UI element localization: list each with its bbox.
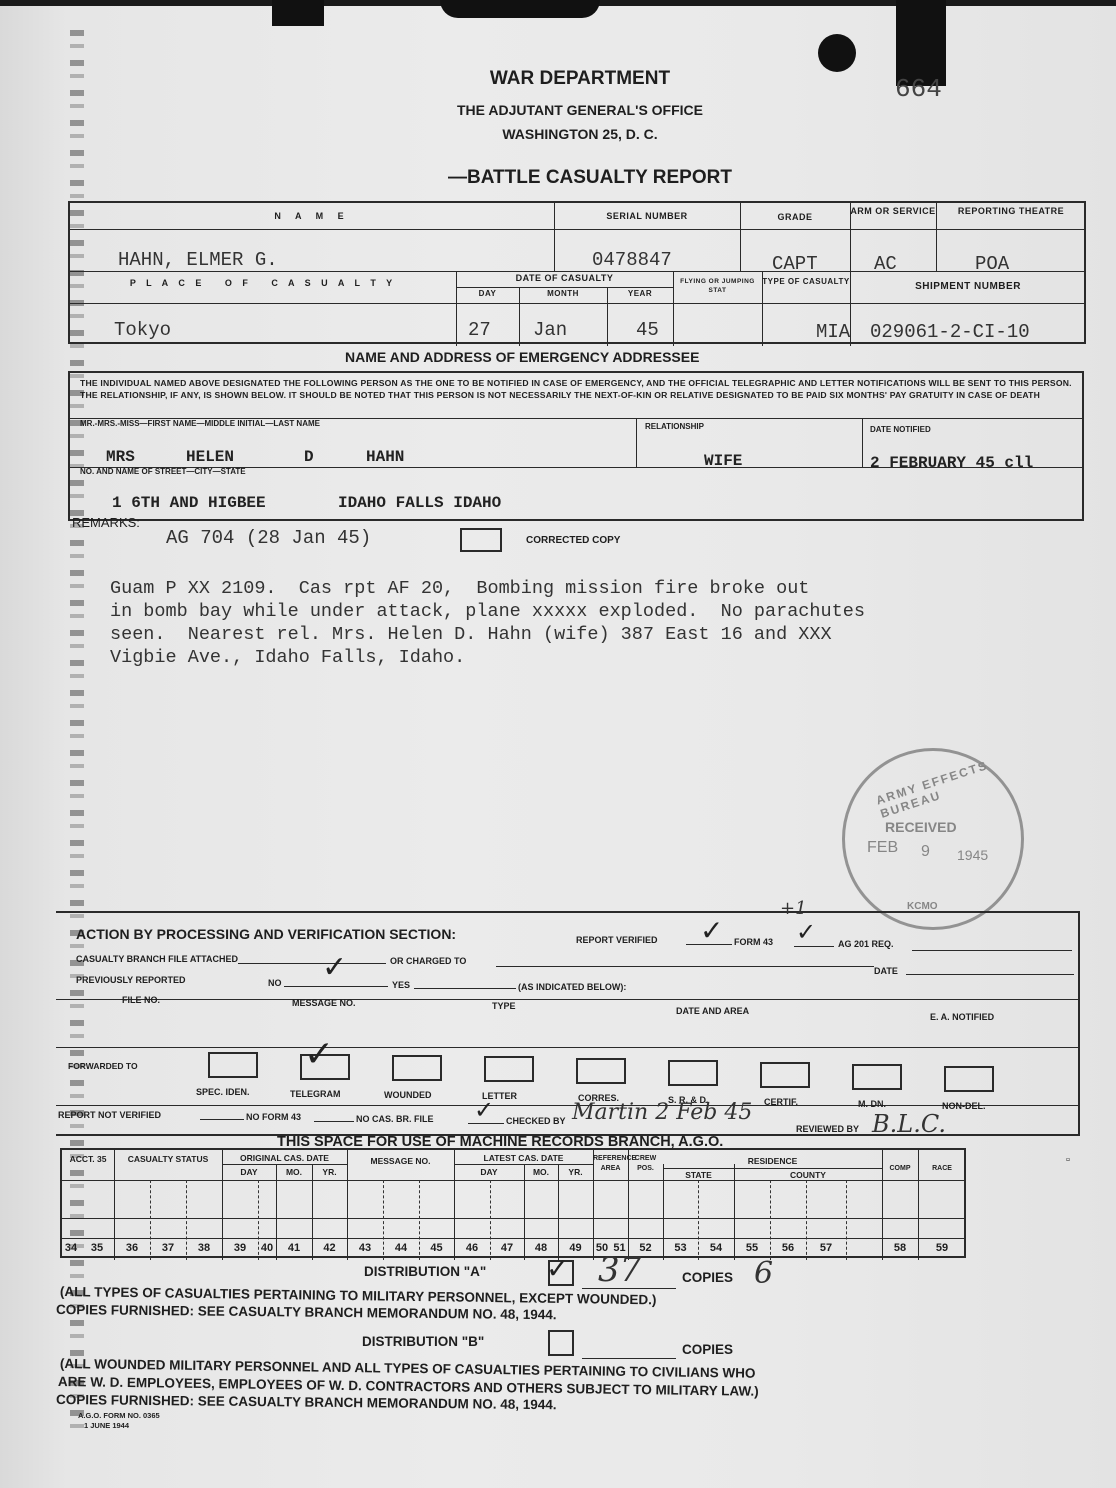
- year-label: YEAR: [607, 289, 673, 298]
- no-cas-br-file-check: ✓: [474, 1096, 494, 1124]
- distribution-b-desc3: COPIES FURNISHED: SEE CASUALTY BRANCH ME…: [56, 1392, 557, 1412]
- remarks-body: Guam P XX 2109. Cas rpt AF 20, Bombing m…: [110, 577, 865, 669]
- stamp-received: RECEIVED: [885, 819, 957, 835]
- no-label: NO: [268, 978, 282, 988]
- emergency-name-label: MR.-MRS.-MISS—FIRST NAME—MIDDLE INITIAL—…: [80, 419, 320, 428]
- casualty-table: N A M E SERIAL NUMBER GRADE ARM OR SERVI…: [68, 201, 1086, 344]
- month-label: MONTH: [519, 289, 607, 298]
- col-num: 40: [258, 1242, 276, 1254]
- emergency-title: NAME AND ADDRESS OF EMERGENCY ADDRESSEE: [345, 349, 699, 365]
- relationship-label: RELATIONSHIP: [645, 422, 704, 431]
- addressee-last: HAHN: [366, 448, 404, 466]
- or-charged-to-label: OR CHARGED TO: [390, 956, 466, 966]
- distribution-b-label: DISTRIBUTION "B": [362, 1334, 484, 1349]
- day-value: 27: [468, 319, 491, 341]
- stamp-day: 9: [921, 843, 930, 861]
- form-43-check[interactable]: ✓: [796, 918, 816, 946]
- yes-label: YES: [392, 980, 410, 990]
- original-cas-date-header: ORIGINAL CAS. DATE: [222, 1153, 347, 1163]
- no-cas-br-file-label: NO CAS. BR. FILE: [356, 1114, 434, 1124]
- street-value: 1 6TH AND HIGBEE: [112, 494, 266, 512]
- col-num: 45: [419, 1242, 454, 1254]
- orig-mo: MO.: [276, 1167, 312, 1177]
- machine-records-table: ACCT. 35 CASUALTY STATUS ORIGINAL CAS. D…: [60, 1148, 966, 1258]
- city-state-value: IDAHO FALLS IDAHO: [338, 494, 501, 512]
- corres-checkbox[interactable]: [576, 1058, 626, 1084]
- flying-label: FLYING OR JUMPING STAT: [673, 277, 762, 295]
- orig-day: DAY: [222, 1167, 276, 1177]
- serial-label: SERIAL NUMBER: [554, 211, 740, 221]
- col-num: 37: [150, 1242, 186, 1254]
- emergency-notice: THE INDIVIDUAL NAMED ABOVE DESIGNATED TH…: [80, 378, 1075, 401]
- distribution-a-value: 37: [598, 1250, 641, 1290]
- letter-checkbox[interactable]: [484, 1056, 534, 1082]
- date-and-area-label: DATE AND AREA: [676, 1006, 749, 1016]
- addressee-title: MRS: [106, 448, 135, 466]
- col-num: 56: [770, 1242, 806, 1254]
- col-num: 36: [114, 1242, 150, 1254]
- message-no-header: MESSAGE NO.: [347, 1156, 454, 1166]
- remarks-label: REMARKS:: [72, 515, 140, 530]
- stamp-year: 1945: [957, 847, 988, 863]
- received-stamp: ARMY EFFECTS BUREAU RECEIVED FEB 9 1945 …: [842, 748, 1024, 930]
- addressee-middle: D: [304, 448, 314, 466]
- forward-option-label: M. DN.: [858, 1099, 886, 1109]
- day-label: DAY: [456, 289, 519, 298]
- type-label: TYPE OF CASUALTY: [762, 277, 850, 287]
- comp-header: COMP: [882, 1164, 918, 1174]
- reviewed-by-signature: B.L.C.: [872, 1110, 946, 1138]
- binder-clip: [272, 0, 324, 26]
- name-label: N A M E: [70, 211, 554, 221]
- col-num: 46: [454, 1242, 490, 1254]
- distribution-a-desc2: COPIES FURNISHED: SEE CASUALTY BRANCH ME…: [56, 1302, 557, 1322]
- spec-iden-checkbox[interactable]: [208, 1052, 258, 1078]
- reviewed-by-label: REVIEWED BY: [796, 1124, 859, 1134]
- place-value: Tokyo: [114, 319, 171, 341]
- remarks-reference: AG 704 (28 Jan 45): [166, 527, 371, 549]
- distribution-b-copies-label: COPIES: [682, 1342, 733, 1357]
- form-43-annotation: +1: [780, 898, 807, 919]
- col-num: 54: [698, 1242, 734, 1254]
- checked-by-label: CHECKED BY: [506, 1116, 566, 1126]
- distribution-b-checkbox[interactable]: [548, 1330, 574, 1356]
- m-dn-checkbox[interactable]: [852, 1064, 902, 1090]
- forwarded-to-label: FORWARDED TO: [68, 1061, 148, 1072]
- acct-header: ACCT. 35: [62, 1154, 114, 1164]
- col-num: 47: [490, 1242, 524, 1254]
- file-no-label: FILE NO.: [122, 995, 160, 1005]
- theatre-value: POA: [975, 253, 1009, 275]
- col-num: 57: [806, 1242, 846, 1254]
- distribution-a-copies-label: COPIES: [682, 1270, 733, 1285]
- crew-pos-header: CREW POS.: [628, 1154, 663, 1174]
- telegram-check: ✓: [304, 1034, 334, 1075]
- ag-201-req-label: AG 201 REQ.: [838, 939, 894, 949]
- report-verified-label: REPORT VERIFIED: [576, 935, 658, 945]
- form-43-label: FORM 43: [734, 937, 773, 947]
- race-header: RACE: [918, 1164, 966, 1174]
- month-value: Jan: [533, 319, 567, 341]
- document-page: 664 WAR DEPARTMENT THE ADJUTANT GENERAL'…: [0, 0, 1116, 1488]
- date-label: DATE OF CASUALTY: [456, 273, 673, 283]
- residence-state: STATE: [663, 1170, 734, 1180]
- type-label: TYPE: [492, 1001, 516, 1011]
- place-label: P L A C E O F C A S U A L T Y: [70, 278, 456, 288]
- arm-label: ARM OR SERVICE: [850, 206, 936, 216]
- col-num: 39: [222, 1242, 258, 1254]
- col-num: 34: [62, 1242, 80, 1254]
- orig-yr: YR.: [312, 1167, 347, 1177]
- casualty-status-header: CASUALTY STATUS: [114, 1154, 222, 1164]
- corrected-copy-label: CORRECTED COPY: [526, 535, 620, 546]
- checked-by-signature: Martin 2 Feb 45: [572, 1100, 752, 1125]
- punch-hole: [818, 34, 856, 72]
- processing-table: [56, 911, 1080, 1136]
- latest-mo: MO.: [524, 1167, 558, 1177]
- grade-label: GRADE: [740, 212, 850, 222]
- forward-option-label: WOUNDED: [384, 1090, 432, 1100]
- col-num: 42: [312, 1242, 347, 1254]
- year-value: 45: [636, 319, 659, 341]
- col-num: 59: [918, 1242, 966, 1254]
- address-label: NO. AND NAME OF STREET—CITY—STATE: [80, 467, 246, 476]
- arm-value: AC: [874, 253, 897, 275]
- reference-area-header: REFERENCE AREA: [593, 1154, 628, 1174]
- type-value: MIA: [816, 321, 850, 343]
- stamp-month: FEB: [867, 839, 898, 857]
- forward-option-label: NON-DEL.: [942, 1101, 986, 1111]
- previously-reported-no-check[interactable]: ✓: [322, 950, 347, 985]
- forward-option-label: CERTIF.: [764, 1097, 798, 1107]
- latest-yr: YR.: [558, 1167, 593, 1177]
- form-date: 1 JUNE 1944: [84, 1421, 129, 1430]
- theatre-label: REPORTING THEATRE: [936, 206, 1086, 216]
- col-num: 43: [347, 1242, 383, 1254]
- name-value: HAHN, ELMER G.: [118, 249, 278, 271]
- non-del-checkbox[interactable]: [944, 1066, 994, 1092]
- document-number: 664: [895, 74, 942, 104]
- date-notified-value: 2 FEBRUARY 45 cll: [870, 454, 1033, 472]
- forward-option-label: SPEC. IDEN.: [196, 1087, 250, 1097]
- no-form-43-label: NO FORM 43: [246, 1112, 301, 1122]
- distribution-a-copies-value: 6: [754, 1256, 773, 1291]
- grade-value: CAPT: [772, 253, 818, 275]
- col-num: 41: [276, 1242, 312, 1254]
- distribution-a-check: ✓: [546, 1252, 569, 1285]
- residence-header: RESIDENCE: [663, 1156, 882, 1166]
- processing-title: ACTION BY PROCESSING AND VERIFICATION SE…: [76, 926, 456, 942]
- col-num: 44: [383, 1242, 419, 1254]
- stamp-top-text: ARMY EFFECTS BUREAU: [874, 749, 1022, 821]
- message-no-label: MESSAGE NO.: [292, 998, 356, 1008]
- serial-value: 0478847: [592, 249, 672, 271]
- latest-cas-date-header: LATEST CAS. DATE: [454, 1153, 593, 1163]
- date-label: DATE: [874, 966, 898, 976]
- form-number: A.G.O. FORM NO. 0365: [78, 1411, 160, 1420]
- relationship-value: WIFE: [704, 452, 742, 470]
- ea-notified-label: E. A. NOTIFIED: [930, 1012, 994, 1022]
- shipment-value: 029061-2-CI-10: [870, 321, 1030, 343]
- col-num: 35: [80, 1242, 114, 1254]
- office-title: THE ADJUTANT GENERAL'S OFFICE: [380, 102, 780, 118]
- residence-county: COUNTY: [734, 1170, 882, 1180]
- col-num: 55: [734, 1242, 770, 1254]
- as-indicated-label: (AS INDICATED BELOW):: [518, 982, 626, 992]
- col-num: 58: [882, 1242, 918, 1254]
- distribution-a-label: DISTRIBUTION "A": [364, 1264, 486, 1279]
- col-num: 38: [186, 1242, 222, 1254]
- date-notified-label: DATE NOTIFIED: [870, 425, 931, 434]
- wounded-checkbox[interactable]: [392, 1055, 442, 1081]
- previously-reported-label: PREVIOUSLY REPORTED: [76, 975, 186, 985]
- certif-checkbox[interactable]: [760, 1062, 810, 1088]
- cas-branch-file-label: CASUALTY BRANCH FILE ATTACHED: [76, 954, 238, 964]
- margin-mark: ▫: [1066, 1154, 1070, 1166]
- addressee-first: HELEN: [186, 448, 234, 466]
- latest-day: DAY: [454, 1167, 524, 1177]
- department-title: WAR DEPARTMENT: [380, 68, 780, 90]
- office-address: WASHINGTON 25, D. C.: [380, 126, 780, 142]
- corrected-copy-checkbox[interactable]: [460, 528, 502, 552]
- report-title: —BATTLE CASUALTY REPORT: [390, 167, 790, 189]
- col-num: 53: [663, 1242, 698, 1254]
- srd-checkbox[interactable]: [668, 1060, 718, 1086]
- shipment-label: SHIPMENT NUMBER: [850, 281, 1086, 292]
- binder-clip: [440, 0, 600, 18]
- report-verified-check[interactable]: ✓: [700, 914, 723, 947]
- forward-option-label: TELEGRAM: [290, 1089, 341, 1099]
- report-not-verified-label: REPORT NOT VERIFIED: [58, 1110, 161, 1120]
